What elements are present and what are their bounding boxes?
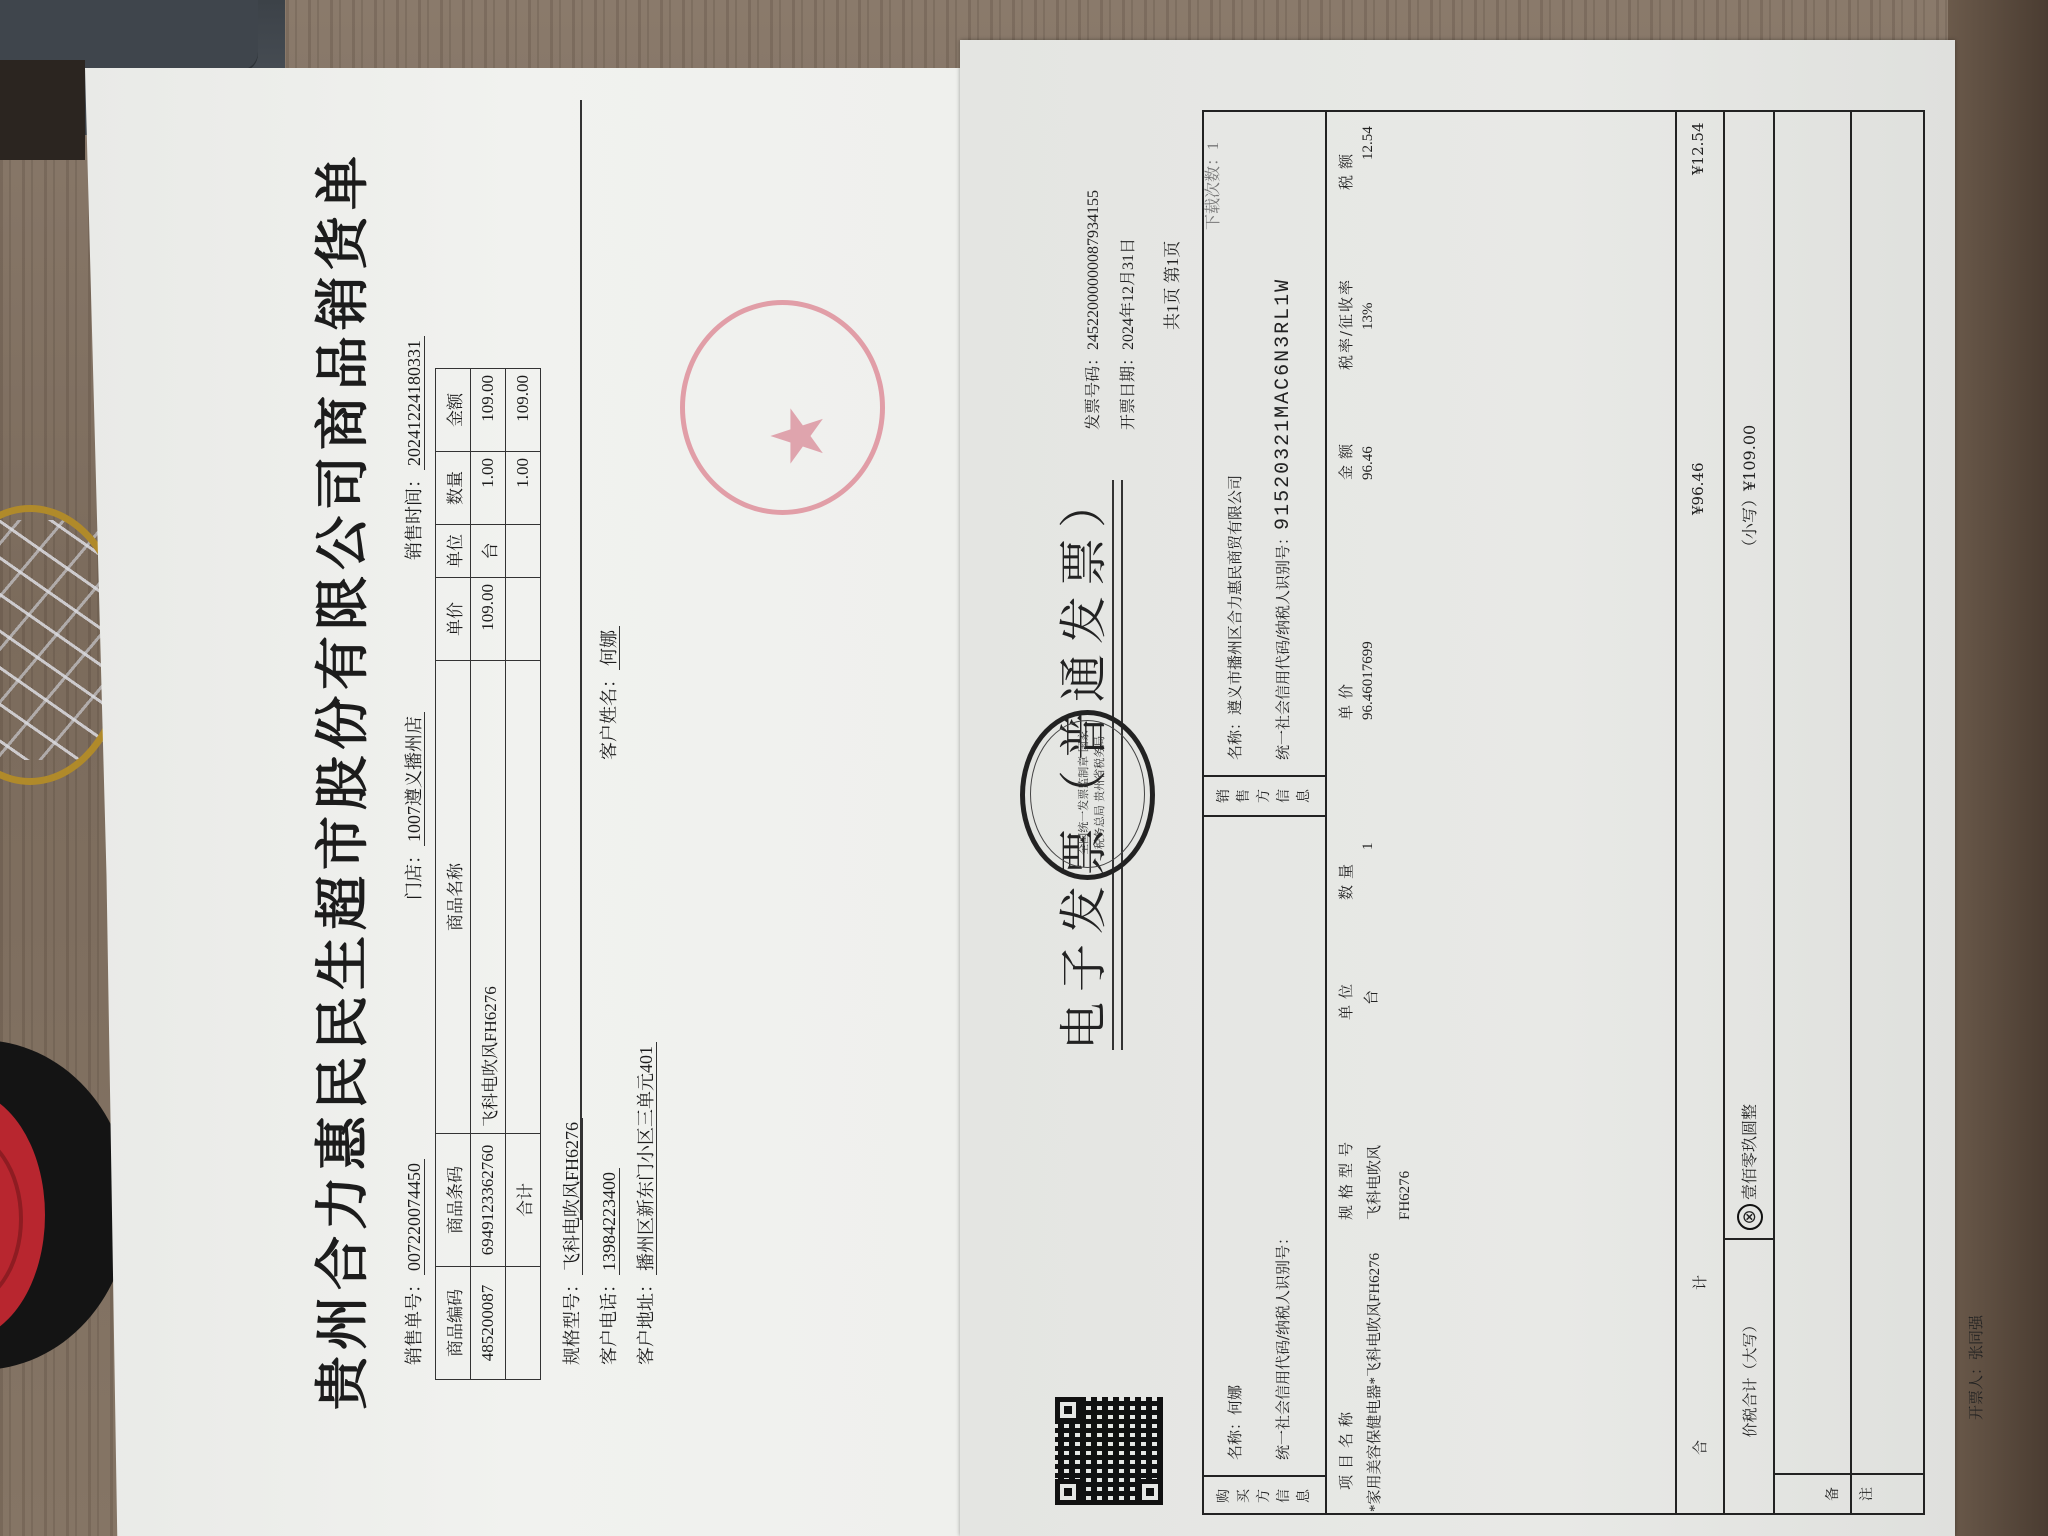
grand-words-value: 壹佰零玖圆整 <box>1740 1104 1759 1200</box>
invoice-number-value: 24522000000087934155 <box>1085 190 1102 350</box>
divider-line <box>580 100 582 1220</box>
remarks-row: 备 注 <box>1775 110 1925 1515</box>
address-label: 客户地址： <box>636 1275 656 1365</box>
order-number-label: 销售单号： <box>404 1275 424 1365</box>
label-char: 息 <box>1294 1489 1314 1503</box>
label-char: 售 <box>1234 789 1254 803</box>
item-amount: 96.46 <box>1360 446 1377 480</box>
cell-name: 飞科电吹风FH6276 <box>471 661 506 1134</box>
grand-small-value: ¥109.00 <box>1740 425 1759 491</box>
col-name: 商品名称 <box>436 661 471 1134</box>
seal-star-icon: ★ <box>761 404 833 469</box>
empty-cell <box>506 578 541 661</box>
page-indicator: 共1页 第1页 <box>1158 241 1183 330</box>
store-value: 1007遵义播州店 <box>404 712 425 846</box>
address-field: 客户地址：播州区新东门小区三单元401 <box>632 1042 658 1365</box>
col-spec: 规格型号 <box>1335 1136 1356 1220</box>
item-unit: 台 <box>1360 990 1381 1005</box>
seller-name-value: 遵义市播州区合力惠民商贸有限公司 <box>1226 475 1244 715</box>
label-char: 信 <box>1274 1489 1294 1503</box>
cell-amount: 109.00 <box>471 369 506 452</box>
col-barcode: 商品条码 <box>436 1134 471 1267</box>
invoice-number: 发票号码：24522000000087934155 <box>1080 190 1103 430</box>
cell-qty: 1.00 <box>471 452 506 525</box>
empty-cell <box>506 1267 541 1380</box>
col-qty: 数量 <box>436 452 471 525</box>
label-char: 信 <box>1274 789 1294 803</box>
table-row: 485200087 6949123362760 飞科电吹风FH6276 109.… <box>471 369 506 1380</box>
order-number: 销售单号：00722007445­0 <box>400 1159 426 1365</box>
sale-time-value: 20241224180331 <box>404 336 425 470</box>
qr-finder <box>1055 1479 1081 1505</box>
empty-cell <box>506 525 541 578</box>
item-rate: 13% <box>1360 303 1377 331</box>
seller-taxid-value: 91520321MAC6N3RL1W <box>1272 278 1295 530</box>
issuer-value: 张同强 <box>1967 1315 1985 1360</box>
sum-tax: ¥12.54 <box>1689 123 1707 176</box>
issue-date-label: 开票日期： <box>1120 350 1137 430</box>
grand-total-label: 价税合计（大写） <box>1725 1238 1773 1515</box>
grand-small-label: （小写） <box>1740 491 1759 555</box>
issuer: 开票人：张同强 <box>1965 1315 1986 1420</box>
total-qty: 1.00 <box>506 452 541 525</box>
issuer-label: 开票人： <box>1967 1360 1985 1420</box>
tax-seal-text: 全国统一发票监制章 国家税务总局 贵州省税务局 <box>1075 725 1107 860</box>
receipt-title: 贵州合力惠民民生超市股份有限公司商品销货单 <box>300 150 377 1410</box>
total-row: 合计 1.00 109.00 <box>506 369 541 1380</box>
customer-name-field: 客户姓名：何娜 <box>595 626 621 760</box>
item-name: *家用美容保健电器*飞科电吹风FH6276 <box>1360 1252 1390 1512</box>
col-item-name: 项目名称 <box>1335 1406 1356 1490</box>
seller-taxid-label: 统一社会信用代码/纳税人识别号： <box>1274 530 1292 760</box>
seller-section-label: 销 售 方 信 息 <box>1202 775 1325 815</box>
store-label: 门店： <box>404 846 424 900</box>
label-char: 注 <box>1856 1487 1876 1501</box>
buyer-name-label: 名称： <box>1226 1415 1244 1460</box>
tray-shadow <box>0 60 85 160</box>
buyer-section: 购 买 方 信 息 名称：何娜 统一社会信用代码/纳税人识别号： <box>1202 815 1327 1515</box>
party-row: 购 买 方 信 息 名称：何娜 统一社会信用代码/纳税人识别号： 销 售 方 信… <box>1202 110 1327 1515</box>
buyer-name-value: 何娜 <box>1226 1385 1244 1415</box>
circle-x-icon: ⊗ <box>1737 1204 1763 1230</box>
label-char: 买 <box>1234 1489 1254 1503</box>
buyer-taxid: 统一社会信用代码/纳税人识别号： <box>1272 1230 1293 1460</box>
buyer-taxid-label: 统一社会信用代码/纳税人识别号： <box>1274 1230 1292 1460</box>
grand-total-words: ⊗壹佰零玖圆整 <box>1737 1104 1763 1230</box>
col-amount: 金额 <box>436 369 471 452</box>
customer-name-value: 何娜 <box>599 626 620 670</box>
col-code: 商品编码 <box>436 1267 471 1380</box>
label-char: 息 <box>1294 789 1314 803</box>
sale-time-label: 销售时间： <box>404 470 424 560</box>
phone-label: 客户电话： <box>599 1275 619 1365</box>
sale-time: 销售时间：20241224180331 <box>400 336 426 560</box>
grand-total-row: 价税合计（大写） ⊗壹佰零玖圆整 （小写）¥109.00 <box>1723 110 1775 1515</box>
col-unit: 单位 <box>1335 978 1356 1020</box>
grand-total-small: （小写）¥109.00 <box>1737 425 1760 555</box>
item-spec: 飞科电吹风FH6276 <box>1360 1100 1420 1220</box>
phone-value: 13984223400 <box>599 1168 620 1275</box>
seller-section: 销 售 方 信 息 名称：遵义市播州区合力惠民商贸有限公司 统一社会信用代码/纳… <box>1202 110 1327 815</box>
col-qty: 数量 <box>1335 858 1356 900</box>
col-rate: 税率/征收率 <box>1335 278 1356 370</box>
desk-edge <box>1948 0 2048 1536</box>
seller-taxid: 统一社会信用代码/纳税人识别号：91520321MAC6N3RL1W <box>1272 278 1295 760</box>
col-price: 单价 <box>1335 678 1356 720</box>
cell-barcode: 6949123362760 <box>471 1134 506 1267</box>
invoice-number-label: 发票号码： <box>1085 350 1102 430</box>
remarks-label: 备 注 <box>1775 1473 1923 1513</box>
label-char: 方 <box>1254 789 1274 803</box>
order-number-value: 00722007445­0 <box>404 1159 425 1275</box>
sum-amount: ¥96.46 <box>1689 463 1707 516</box>
spec-label: 规格型号： <box>562 1275 582 1365</box>
sum-label: 合 计 <box>1689 1235 1710 1455</box>
seller-name: 名称：遵义市播州区合力惠民商贸有限公司 <box>1224 475 1245 760</box>
address-value: 播州区新东门小区三单元401 <box>636 1042 657 1275</box>
issue-date-value: 2024年12月31日 <box>1120 238 1137 350</box>
phone-field: 客户电话：13984223400 <box>595 1168 621 1365</box>
col-tax: 税额 <box>1335 148 1356 190</box>
buyer-name: 名称：何娜 <box>1224 1385 1245 1460</box>
cell-price: 109.00 <box>471 578 506 661</box>
label-char: 方 <box>1254 1489 1274 1503</box>
item-price: 96.46017699 <box>1360 641 1377 720</box>
buyer-section-label: 购 买 方 信 息 <box>1202 1475 1325 1515</box>
table-header: 商品编码 商品条码 商品名称 单价 单位 数量 金额 <box>436 369 471 1380</box>
cell-code: 485200087 <box>471 1267 506 1380</box>
col-unit: 单位 <box>436 525 471 578</box>
receipt-table: 商品编码 商品条码 商品名称 单价 单位 数量 金额 485200087 694… <box>435 368 541 1380</box>
item-tax: 12.54 <box>1360 126 1377 160</box>
seller-name-label: 名称： <box>1226 715 1244 760</box>
qr-finder <box>1137 1479 1163 1505</box>
label-char: 销 <box>1214 789 1234 803</box>
qr-finder <box>1055 1397 1081 1423</box>
sales-receipt: 贵州合力惠民民生超市股份有限公司商品销货单 销售单号：00722007445­0… <box>300 110 660 1420</box>
label-char: 购 <box>1214 1489 1234 1503</box>
issue-date: 开票日期：2024年12月31日 <box>1115 238 1138 430</box>
empty-cell <box>506 661 541 1134</box>
total-amount: 109.00 <box>506 369 541 452</box>
sum-row: 合 计 ¥96.46 ¥12.54 <box>1675 110 1723 1515</box>
store: 门店：1007遵义播州店 <box>400 712 426 900</box>
customer-name-label: 客户姓名： <box>599 670 619 760</box>
e-invoice: 电子发票（普通发票） 全国统一发票监制章 国家税务总局 贵州省税务局 发票号码：… <box>1030 90 1930 1520</box>
col-price: 单价 <box>436 578 471 661</box>
total-label: 合计 <box>506 1134 541 1267</box>
qr-code[interactable] <box>1055 1397 1163 1505</box>
item-qty: 1 <box>1360 843 1377 851</box>
cell-unit: 台 <box>471 525 506 578</box>
col-amount: 金额 <box>1335 438 1356 480</box>
label-char: 备 <box>1822 1487 1842 1501</box>
